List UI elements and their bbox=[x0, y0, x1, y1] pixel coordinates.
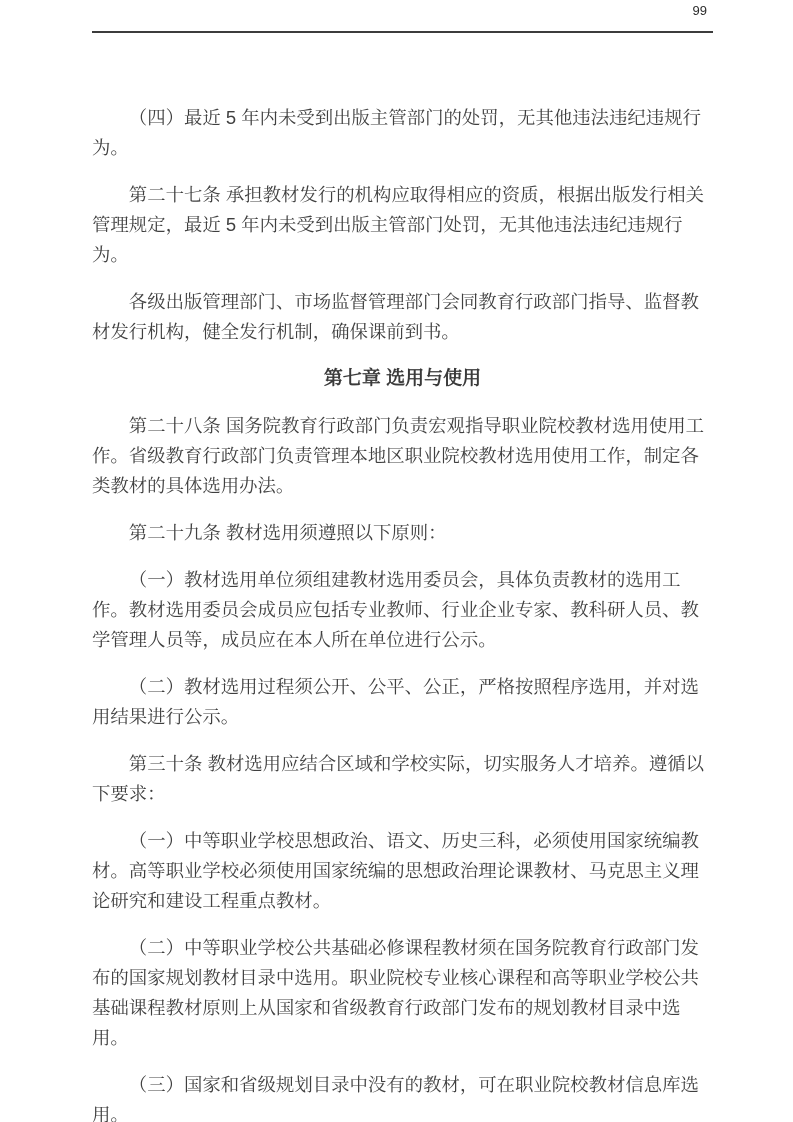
document-page: 99 （四）最近 5 年内未受到出版主管部门的处罚，无其他违法违纪违规行为。 第… bbox=[0, 0, 793, 1122]
header-rule bbox=[92, 31, 713, 33]
paragraph-article-29: 第二十九条 教材选用须遵照以下原则： bbox=[92, 518, 713, 548]
paragraph-item-1-selection-committee: （一）教材选用单位须组建教材选用委员会，具体负责教材的选用工作。教材选用委员会成… bbox=[92, 565, 713, 655]
paragraph-item-2-catalog-selection: （二）中等职业学校公共基础必修课程教材须在国务院教育行政部门发布的国家规划教材目… bbox=[92, 933, 713, 1053]
paragraph-article-27: 第二十七条 承担教材发行的机构应取得相应的资质，根据出版发行相关管理规定，最近 … bbox=[92, 180, 713, 270]
document-body: （四）最近 5 年内未受到出版主管部门的处罚，无其他违法违纪违规行为。 第二十七… bbox=[92, 103, 713, 1122]
chapter-heading: 第七章 选用与使用 bbox=[92, 364, 713, 394]
paragraph-item-2-selection-process: （二）教材选用过程须公开、公平、公正，严格按照程序选用，并对选用结果进行公示。 bbox=[92, 672, 713, 732]
paragraph-item-1-unified-textbooks: （一）中等职业学校思想政治、语文、历史三科，必须使用国家统编教材。高等职业学校必… bbox=[92, 826, 713, 916]
page-number: 99 bbox=[693, 3, 707, 18]
paragraph-distribution-supervision: 各级出版管理部门、市场监督管理部门会同教育行政部门指导、监督教材发行机构，健全发… bbox=[92, 287, 713, 347]
paragraph-article-30: 第三十条 教材选用应结合区域和学校实际，切实服务人才培养。遵循以下要求： bbox=[92, 749, 713, 809]
paragraph-item-3-info-database: （三）国家和省级规划目录中没有的教材，可在职业院校教材信息库选用。 bbox=[92, 1070, 713, 1122]
page-header: 99 bbox=[0, 0, 793, 19]
paragraph-item-4-publishing-penalty: （四）最近 5 年内未受到出版主管部门的处罚，无其他违法违纪违规行为。 bbox=[92, 103, 713, 163]
paragraph-article-28: 第二十八条 国务院教育行政部门负责宏观指导职业院校教材选用使用工作。省级教育行政… bbox=[92, 411, 713, 501]
